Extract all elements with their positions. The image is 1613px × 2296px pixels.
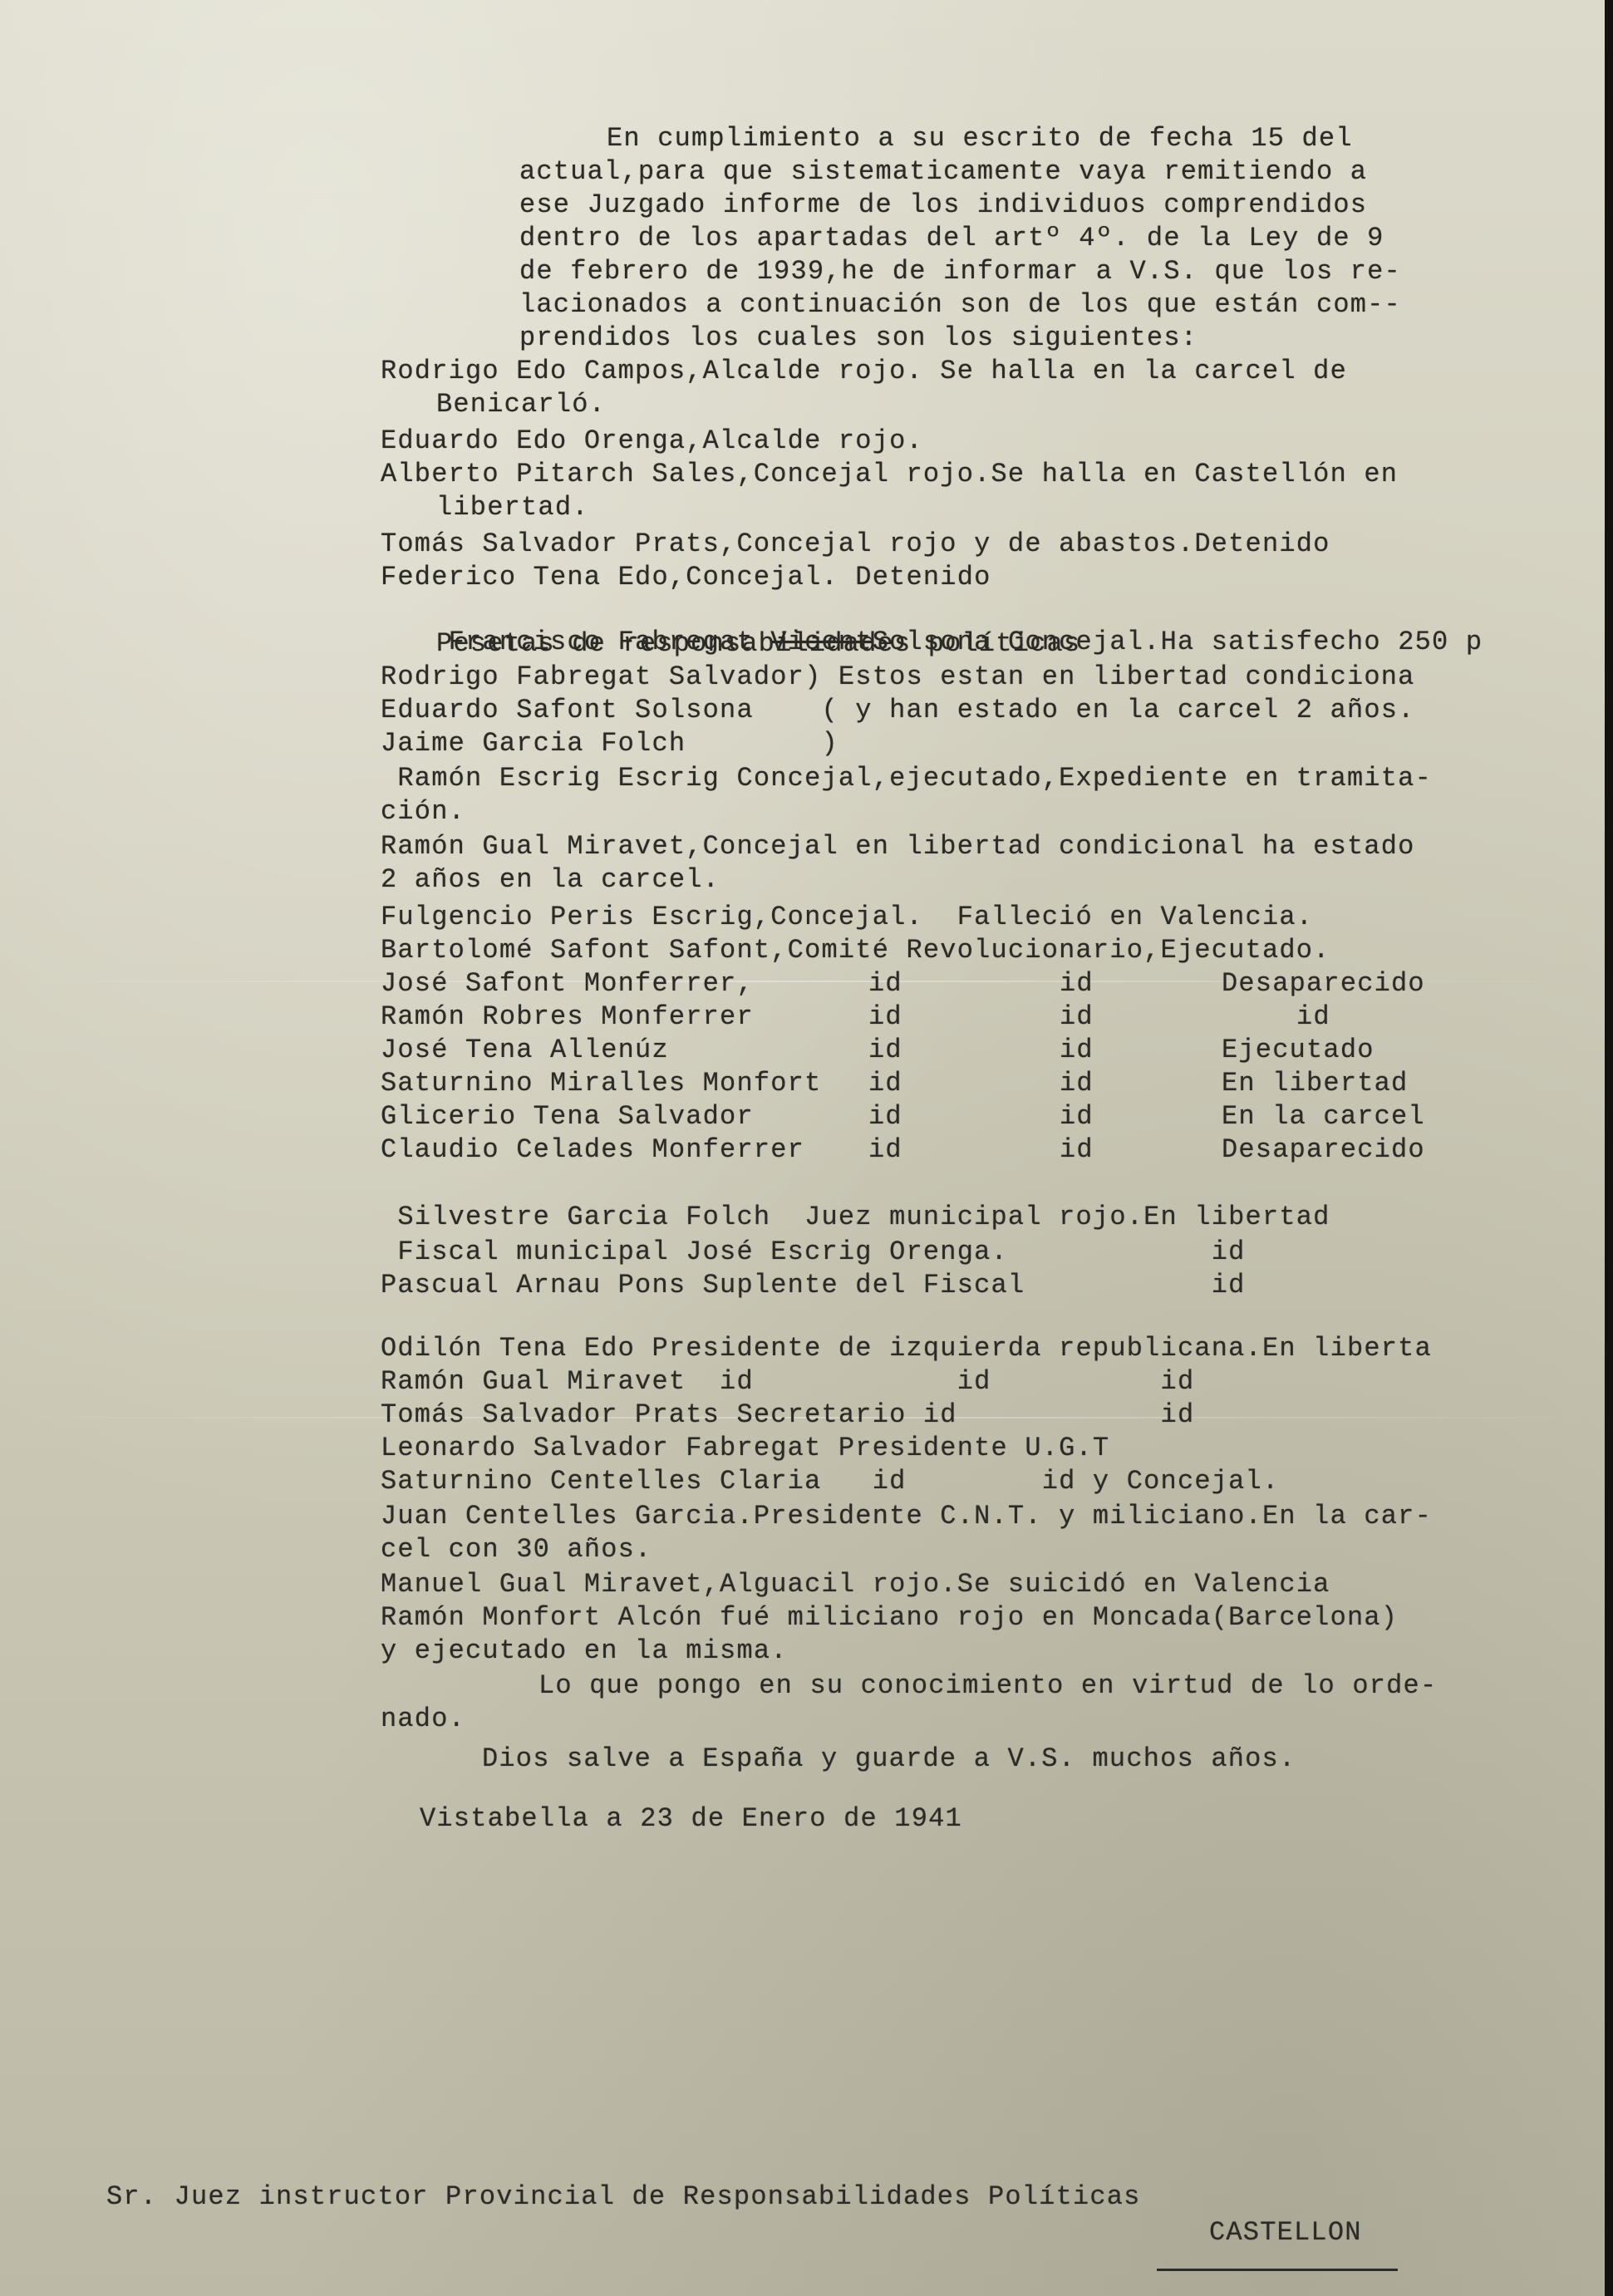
entry-line: Pesetas de responsabilidades políticas (436, 628, 1080, 660)
party-line: Juan Centelles Garcia.Presidente C.N.T. … (381, 1501, 1432, 1532)
place-date: Vistabella a 23 de Enero de 1941 (420, 1803, 962, 1835)
party-line: cel con 30 años. (381, 1534, 652, 1566)
table-id-cell: id (1060, 1035, 1094, 1066)
table-name-cell: José Safont Monferrer, (381, 968, 754, 1000)
judicial-line: Fiscal municipal José Escrig Orenga. id (381, 1236, 1246, 1268)
entry-line: Rodrigo Fabregat Salvador) Estos estan e… (381, 661, 1415, 693)
table-id-cell: id (1060, 1068, 1094, 1099)
table-id-cell: id (868, 968, 902, 1000)
party-line: Tomás Salvador Prats Secretario id id (381, 1399, 1194, 1431)
intro-line: actual,para que sistematicamente vaya re… (519, 156, 1367, 188)
table-name-cell: Glicerio Tena Salvador (381, 1101, 754, 1133)
party-line: Saturnino Centelles Claria id id y Conce… (381, 1466, 1279, 1497)
party-line: y ejecutado en la misma. (381, 1635, 788, 1667)
party-line: Ramón Gual Miravet id id id (381, 1366, 1194, 1398)
party-line: Ramón Monfort Alcón fué miliciano rojo e… (381, 1602, 1398, 1634)
intro-line: dentro de los apartadas del artº 4º. de … (519, 223, 1384, 254)
table-status-cell: En la carcel (1222, 1101, 1425, 1133)
entry-line: Jaime Garcia Folch ) (381, 728, 838, 760)
entry-line: Benicarló. (436, 389, 606, 420)
judicial-line: Pascual Arnau Pons Suplente del Fiscal i… (381, 1270, 1246, 1301)
closing-line: Lo que pongo en su conocimiento en virtu… (538, 1670, 1437, 1702)
entry-line: ción. (381, 796, 465, 828)
entry-line: Federico Tena Edo,Concejal. Detenido (381, 562, 991, 593)
closing-line: nado. (381, 1704, 465, 1735)
intro-line: de febrero de 1939,he de informar a V.S.… (519, 256, 1401, 288)
entry-line: Rodrigo Edo Campos,Alcalde rojo. Se hall… (381, 356, 1347, 387)
judicial-line: Silvestre Garcia Folch Juez municipal ro… (381, 1202, 1330, 1233)
entry-line: Ramón Gual Miravet,Concejal en libertad … (381, 831, 1415, 863)
table-status-cell: Desaparecido (1222, 968, 1425, 1000)
party-line: Odilón Tena Edo Presidente de izquierda … (381, 1333, 1432, 1364)
closing-line: Dios salve a España y guarde a V.S. much… (482, 1743, 1296, 1775)
table-status-cell: Ejecutado (1222, 1035, 1374, 1066)
entry-line: Ramón Escrig Escrig Concejal,ejecutado,E… (381, 763, 1432, 794)
table-id-cell: id (1060, 1134, 1094, 1166)
table-id-cell: id (868, 1068, 902, 1099)
document-page: En cumplimiento a su escrito de fecha 15… (0, 0, 1605, 2296)
table-name-cell: Claudio Celades Monferrer (381, 1134, 804, 1166)
entry-line: Bartolomé Safont Safont,Comité Revolucio… (381, 935, 1330, 966)
table-id-cell: id (1060, 968, 1094, 1000)
table-id-cell: id (868, 1001, 902, 1033)
table-name-cell: Saturnino Miralles Monfort (381, 1068, 821, 1099)
addressee-city: CASTELLON (1209, 2217, 1362, 2249)
intro-line: lacionados a continuación son de los que… (519, 289, 1401, 321)
entry-line: libertad. (436, 492, 589, 524)
city-underline (1157, 2269, 1398, 2271)
entry-line: Eduardo Edo Orenga,Alcalde rojo. (381, 425, 923, 457)
party-line: Leonardo Salvador Fabregat Presidente U.… (381, 1433, 1109, 1464)
table-id-cell: id (868, 1035, 902, 1066)
table-id-cell: id (868, 1134, 902, 1166)
table-id-cell: id (1060, 1101, 1094, 1133)
page-edge (1605, 0, 1613, 2296)
table-status-cell: Desaparecido (1222, 1134, 1425, 1166)
entry-line: Tomás Salvador Prats,Concejal rojo y de … (381, 529, 1330, 560)
table-status-cell: id (1296, 1001, 1330, 1033)
party-line: Manuel Gual Miravet,Alguacil rojo.Se sui… (381, 1569, 1330, 1600)
table-id-cell: id (868, 1101, 902, 1133)
intro-line: ese Juzgado informe de los individuos co… (519, 189, 1367, 221)
entry-line: Alberto Pitarch Sales,Concejal rojo.Se h… (381, 459, 1398, 490)
entry-line: Fulgencio Peris Escrig,Concejal. Falleci… (381, 902, 1313, 933)
table-status-cell: En libertad (1222, 1068, 1408, 1099)
intro-line: En cumplimiento a su escrito de fecha 15… (607, 123, 1353, 155)
addressee: Sr. Juez instructor Provincial de Respon… (106, 2181, 1141, 2213)
entry-line: Eduardo Safont Solsona ( y han estado en… (381, 695, 1415, 726)
table-name-cell: José Tena Allenúz (381, 1035, 669, 1066)
intro-line: prendidos los cuales son los siguientes: (519, 322, 1197, 354)
entry-line: 2 años en la carcel. (381, 864, 720, 896)
table-id-cell: id (1060, 1001, 1094, 1033)
table-name-cell: Ramón Robres Monferrer (381, 1001, 754, 1033)
